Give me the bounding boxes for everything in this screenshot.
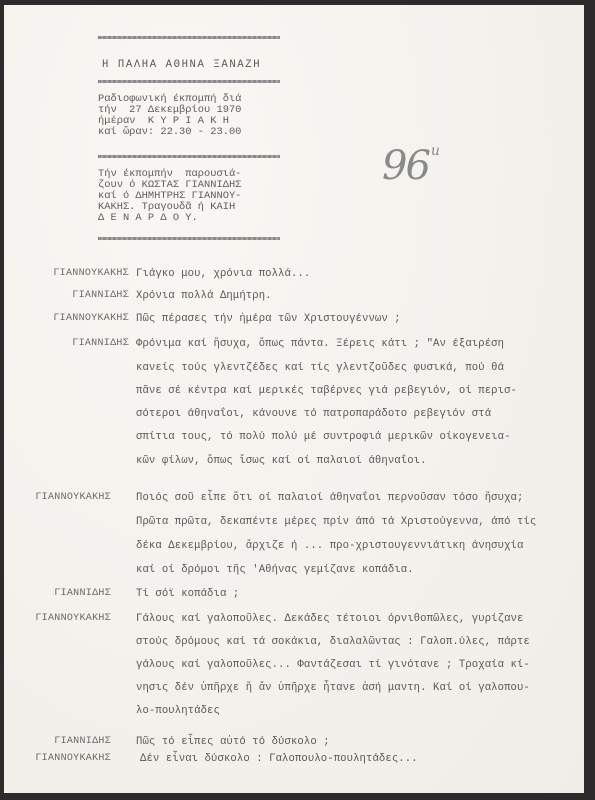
dialogue-line: λο-πουλητάδες	[136, 705, 220, 717]
dialogue-line: δέκα Δεκεμβρίου, ἄρχιζε ή ... προ-χριστο…	[136, 540, 523, 552]
dialogue-line: Φρόνιμα καί ἥσυχα, ὅπως πάντα. Ξέρεις κά…	[136, 338, 504, 350]
handwritten-page-number: 96u	[382, 131, 438, 186]
dialogue-line: νησις δέν ὑπῆρχε ἤ ἄν ὑπῆρχε ἦτανε ἀσή μ…	[136, 682, 530, 694]
dialogue-line: κῶν φίλων, ὅπως ἴσως καί οί παλαιοί άθην…	[136, 455, 427, 467]
dialogue-line: γάλους καί γαλοποῦλες... Φαντάζεσαι τί γ…	[136, 659, 530, 671]
header-rule-under-title	[98, 80, 280, 83]
speaker-name: ΓΙΑΝΝΟΥΚΑΚΗΣ	[4, 313, 129, 324]
handwritten-number: 96	[382, 143, 429, 189]
speaker-name: ΓΙΑΝΝΟΥΚΑΚΗΣ	[0, 613, 111, 624]
dialogue-line: Γιάγκο μου, χρόνια πολλά...	[136, 268, 310, 280]
dialogue-line: πᾶνε σέ κέντρα καί μερικές ταβέρνες γιά …	[136, 385, 517, 397]
broadcast-info-line: καί ὥραν: 22.30 - 23.00	[98, 127, 241, 138]
presenters-info-line: Δ Ε Ν Α Ρ Δ Ο Υ.	[98, 213, 198, 224]
speaker-name: ΓΙΑΝΝΙΔΗΣ	[0, 736, 111, 747]
dialogue-line: σότεροι άθηναΐοι, κάνουνε τό πατροπαράδο…	[136, 408, 491, 420]
dialogue-line: Χρόνια πολλά Δημήτρη.	[136, 290, 272, 302]
speaker-name: ΓΙΑΝΝΟΥΚΑΚΗΣ	[0, 753, 111, 764]
speaker-name: ΓΙΑΝΝΙΔΗΣ	[0, 588, 111, 599]
dialogue-line: Πῶς πέρασες τήν ἡμέρα τῶν Χριστουγέννων …	[136, 313, 401, 325]
document-title: Η ΠΑΛΗΑ ΑΘΗΝΑ ΞΑΝΑΖΗ	[102, 59, 261, 71]
dialogue-line: Ποιός σοῦ εἶπε ὅτι οί παλαιοί άθηναΐοι π…	[136, 492, 523, 504]
speaker-name: ΓΙΑΝΝΟΥΚΑΚΗΣ	[4, 268, 129, 279]
header-rule-top	[98, 36, 280, 39]
header-rule-mid	[98, 155, 280, 158]
header-rule-bottom	[98, 237, 280, 240]
dialogue-line: Γάλους καί γαλοποῦλες. Δεκάδες τέτοιοι ό…	[136, 613, 523, 625]
dialogue-line: Τί σόϊ κοπάδια ;	[136, 588, 239, 600]
speaker-name: ΓΙΑΝΝΙΔΗΣ	[4, 290, 129, 301]
dialogue-line: Πῶς τό εἶπες αὐτό τό δύσκολο ;	[136, 736, 330, 748]
speaker-name: ΓΙΑΝΝΙΔΗΣ	[4, 338, 129, 349]
dialogue-line: Πρῶτα πρῶτα, δεκαπέντε μέρες πρίν άπό τά…	[136, 516, 536, 528]
typewritten-page: Η ΠΑΛΗΑ ΑΘΗΝΑ ΞΑΝΑΖΗ Ραδιοφωνική έκπομπή…	[4, 5, 584, 793]
dialogue-line: στούς δρόμους καί τά σοκάκια, διαλαλῶντα…	[136, 636, 530, 648]
dialogue-line: σπίτια τους, τό πολύ πολύ μέ συντροφιά μ…	[136, 431, 511, 443]
dialogue-line: κανείς τούς γλεντζέδες καί τίς γλεντζοῦδ…	[136, 362, 504, 374]
dialogue-line: Δέν εἶναι δύσκολο : Γαλοπουλο-πουλητάδες…	[140, 753, 418, 765]
dialogue-line: καί οί δρόμοι τῆς 'Αθήνας γεμίζανε κοπάδ…	[136, 564, 414, 576]
speaker-name: ΓΙΑΝΝΟΥΚΑΚΗΣ	[0, 492, 111, 503]
handwritten-suffix: u	[431, 143, 438, 159]
